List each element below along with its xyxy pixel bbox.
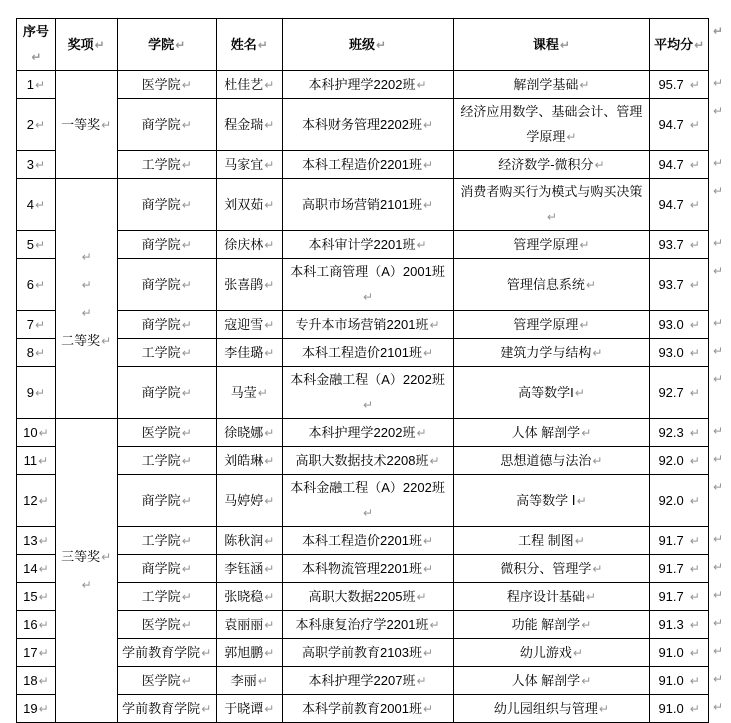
pilcrow-mark: ↵ <box>713 104 723 118</box>
course-cell-text: 经济应用数学、基础会计、管理学原理 <box>460 104 642 144</box>
pilcrow-mark: ↵ <box>429 454 439 468</box>
pilcrow-mark: ↵ <box>182 454 192 468</box>
class-cell-text: 本科护理学2202班 <box>309 77 416 92</box>
score-cell-text: 94.7 <box>658 197 683 212</box>
name-cell-text: 刘双茹 <box>224 197 263 212</box>
class-cell[interactable]: 高职大数据技术2208班↵ <box>282 447 453 475</box>
class-cell[interactable]: 本科物流管理2201班↵ <box>282 555 453 583</box>
pilcrow-mark: ↵ <box>264 238 274 252</box>
college-cell[interactable]: 商学院↵ <box>117 475 216 527</box>
pilcrow-mark: ↵ <box>416 238 426 252</box>
pilcrow-mark: ↵ <box>423 198 433 212</box>
course-cell[interactable]: 高等数学I↵ <box>453 367 650 419</box>
class-cell[interactable]: 本科护理学2202班↵ <box>282 419 453 447</box>
course-cell[interactable]: 解剖学基础↵ <box>453 71 650 99</box>
pilcrow-mark: ↵ <box>713 532 723 546</box>
score-cell-text: 93.0 <box>658 345 683 360</box>
score-cell-text: 91.7 <box>658 561 683 576</box>
row-end-mark-gutter: ↵ <box>709 311 731 339</box>
pilcrow-mark: ↵ <box>592 562 602 576</box>
award-paragraph: ↵ <box>59 271 114 299</box>
name-cell-text: 陈秋润 <box>224 533 263 548</box>
table-row: 6↵商学院↵张喜鹃↵本科工商管理（A）2001班↵管理信息系统↵93.7↵↵ <box>17 259 731 311</box>
class-cell[interactable]: 本科工程造价2101班↵ <box>282 339 453 367</box>
pilcrow-mark: ↵ <box>264 454 274 468</box>
name-cell[interactable]: 徐晓娜↵ <box>216 419 282 447</box>
class-cell-text: 专升本市场营销2201班 <box>296 317 429 332</box>
pilcrow-mark: ↵ <box>264 534 274 548</box>
name-cell[interactable]: 刘皓琳↵ <box>216 447 282 475</box>
college-cell[interactable]: 商学院↵ <box>117 367 216 419</box>
class-cell[interactable]: 本科护理学2202班↵ <box>282 71 453 99</box>
row-end-mark-gutter: ↵ <box>709 527 731 555</box>
row-end-mark-gutter: ↵ <box>709 475 731 527</box>
course-cell[interactable]: 人体 解剖学↵ <box>453 419 650 447</box>
course-cell-text: 管理信息系统 <box>507 277 585 292</box>
college-cell-text: 医学院 <box>142 425 181 440</box>
class-cell[interactable]: 本科工程造价2201班↵ <box>282 527 453 555</box>
pilcrow-mark: ↵ <box>690 426 700 440</box>
course-cell-text: 人体 解剖学 <box>512 425 581 440</box>
row-number-cell-text: 7 <box>27 317 34 332</box>
pilcrow-mark: ↵ <box>35 386 45 400</box>
pilcrow-mark: ↵ <box>423 562 433 576</box>
pilcrow-mark: ↵ <box>423 158 433 172</box>
name-cell[interactable]: 张喜鹃↵ <box>216 259 282 311</box>
header-score[interactable]: 平均分↵ <box>650 19 709 71</box>
name-cell-text: 程金瑞 <box>224 117 263 132</box>
college-cell[interactable]: 医学院↵ <box>117 71 216 99</box>
class-cell[interactable]: 本科财务管理2202班↵ <box>282 99 453 151</box>
pilcrow-mark: ↵ <box>713 452 723 466</box>
college-cell-text: 商学院 <box>142 493 181 508</box>
course-cell[interactable]: 管理信息系统↵ <box>453 259 650 311</box>
row-number-cell[interactable]: 15↵ <box>17 583 56 590</box>
pilcrow-mark: ↵ <box>713 424 723 438</box>
pilcrow-mark: ↵ <box>101 550 111 564</box>
pilcrow-mark: ↵ <box>547 210 557 224</box>
name-cell[interactable]: 陈秋润↵ <box>216 527 282 555</box>
row-number-cell[interactable]: 7↵ <box>17 311 56 339</box>
score-cell-text: 95.7 <box>658 77 683 92</box>
table-body: 1↵一等奖↵医学院↵杜佳艺↵本科护理学2202班↵解剖学基础↵95.7↵↵2↵商… <box>17 71 731 590</box>
college-cell-text: 工学院 <box>142 157 181 172</box>
pilcrow-mark: ↵ <box>416 78 426 92</box>
pilcrow-mark: ↵ <box>592 454 602 468</box>
pilcrow-mark: ↵ <box>579 318 589 332</box>
pilcrow-mark: ↵ <box>264 278 274 292</box>
pilcrow-mark: ↵ <box>713 184 723 198</box>
college-cell-text: 商学院 <box>142 277 181 292</box>
college-cell[interactable]: 工学院↵ <box>117 151 216 179</box>
table-row: 7↵商学院↵寇迎雪↵专升本市场营销2201班↵管理学原理↵93.0↵↵ <box>17 311 731 339</box>
row-end-mark-gutter: ↵ <box>709 259 731 311</box>
row-end-mark-gutter: ↵ <box>709 339 731 367</box>
pilcrow-mark: ↵ <box>258 386 268 400</box>
college-cell[interactable]: 工学院↵ <box>117 339 216 367</box>
row-end-mark-gutter: ↵ <box>709 447 731 475</box>
document-page: 序号↵ 奖项↵ 学院↵ 姓名↵ 班级↵ 课程↵ 平均分↵ ↵ 1↵一等奖↵医学院… <box>16 18 731 589</box>
score-cell-text: 94.7 <box>658 157 683 172</box>
pilcrow-mark: ↵ <box>264 318 274 332</box>
college-cell-text: 医学院 <box>142 77 181 92</box>
score-cell-text: 94.7 <box>658 117 683 132</box>
score-cell[interactable]: 93.7↵ <box>650 231 709 259</box>
course-cell[interactable]: 消费者购买行为模式与购买决策↵ <box>453 179 650 231</box>
score-cell-text: 92.3 <box>658 425 683 440</box>
college-cell[interactable]: 工学院↵ <box>117 583 216 590</box>
class-cell[interactable]: 高职大数据2205班↵ <box>282 583 453 590</box>
header-score-text: 平均分 <box>654 37 693 52</box>
pilcrow-mark: ↵ <box>713 236 723 250</box>
award-paragraph: 一等奖↵ <box>59 111 114 139</box>
row-end-mark-gutter: ↵ <box>709 19 731 71</box>
pilcrow-mark: ↵ <box>586 278 596 292</box>
score-cell-text: 93.7 <box>658 237 683 252</box>
pilcrow-mark: ↵ <box>694 38 704 52</box>
class-cell[interactable]: 本科工商管理（A）2001班↵ <box>282 259 453 311</box>
college-cell[interactable]: 商学院↵ <box>117 231 216 259</box>
pilcrow-mark: ↵ <box>690 118 700 132</box>
name-cell-text: 马家宜 <box>224 157 263 172</box>
score-cell[interactable]: 91.7↵ <box>650 555 709 583</box>
course-cell-text: 工程 制图 <box>518 533 574 548</box>
course-cell-text: 建筑力学与结构 <box>500 345 591 360</box>
pilcrow-mark: ↵ <box>182 278 192 292</box>
course-cell-text: 思想道德与法治 <box>500 453 591 468</box>
pilcrow-mark: ↵ <box>264 78 274 92</box>
name-cell-text: 马莹 <box>231 385 257 400</box>
class-cell[interactable]: 本科金融工程（A）2202班↵ <box>282 475 453 527</box>
row-number-cell-text: 14 <box>23 561 37 576</box>
row-number-cell[interactable]: 9↵ <box>17 367 56 419</box>
pilcrow-mark: ↵ <box>31 50 41 64</box>
pilcrow-mark: ↵ <box>182 238 192 252</box>
pilcrow-mark: ↵ <box>690 454 700 468</box>
award-label: 三等奖 <box>61 549 100 564</box>
college-cell[interactable]: 工学院↵ <box>117 447 216 475</box>
college-cell[interactable]: 医学院↵ <box>117 419 216 447</box>
course-cell[interactable]: 建筑力学与结构↵ <box>453 339 650 367</box>
pilcrow-mark: ↵ <box>713 316 723 330</box>
header-name-text: 姓名 <box>231 37 257 52</box>
college-cell-text: 商学院 <box>142 385 181 400</box>
pilcrow-mark: ↵ <box>575 534 585 548</box>
name-cell[interactable]: 马家宜↵ <box>216 151 282 179</box>
award-label: 一等奖 <box>61 117 100 132</box>
pilcrow-mark: ↵ <box>690 78 700 92</box>
pilcrow-mark: ↵ <box>264 118 274 132</box>
score-cell[interactable]: 92.0↵ <box>650 447 709 475</box>
score-cell[interactable]: 93.0↵ <box>650 311 709 339</box>
award-paragraph: 二等奖↵ <box>59 327 114 355</box>
pilcrow-mark: ↵ <box>577 494 587 508</box>
pilcrow-mark: ↵ <box>182 118 192 132</box>
pilcrow-mark: ↵ <box>182 158 192 172</box>
college-cell-text: 商学院 <box>142 197 181 212</box>
row-number-cell-text: 13 <box>23 533 37 548</box>
pilcrow-mark: ↵ <box>182 78 192 92</box>
pilcrow-mark: ↵ <box>39 494 49 508</box>
college-cell-text: 商学院 <box>142 117 181 132</box>
pilcrow-mark: ↵ <box>82 250 92 264</box>
header-course[interactable]: 课程↵ <box>453 19 650 71</box>
course-cell[interactable]: 管理学原理↵ <box>453 311 650 339</box>
pilcrow-mark: ↵ <box>182 386 192 400</box>
college-cell[interactable]: 商学院↵ <box>117 99 216 151</box>
pilcrow-mark: ↵ <box>713 344 723 358</box>
score-cell-text: 91.7 <box>658 533 683 548</box>
row-number-cell-text: 9 <box>27 385 34 400</box>
course-cell[interactable]: 经济数学-微积分↵ <box>453 151 650 179</box>
award-paragraph: ↵ <box>59 571 114 590</box>
score-cell[interactable]: 94.7↵ <box>650 179 709 231</box>
name-cell[interactable]: 刘双茹↵ <box>216 179 282 231</box>
pilcrow-mark: ↵ <box>264 426 274 440</box>
class-cell[interactable]: 本科金融工程（A）2202班↵ <box>282 367 453 419</box>
row-number-cell[interactable]: 13↵ <box>17 527 56 555</box>
pilcrow-mark: ↵ <box>566 130 576 144</box>
row-number-cell[interactable]: 2↵ <box>17 99 56 151</box>
college-cell-text: 商学院 <box>142 317 181 332</box>
pilcrow-mark: ↵ <box>690 534 700 548</box>
score-cell[interactable]: 93.7↵ <box>650 259 709 311</box>
row-end-mark-gutter: ↵ <box>709 231 731 259</box>
header-college[interactable]: 学院↵ <box>117 19 216 71</box>
name-cell[interactable]: 寇迎雪↵ <box>216 311 282 339</box>
course-cell-text: 经济数学-微积分 <box>498 157 593 172</box>
name-cell[interactable]: 李佳璐↵ <box>216 339 282 367</box>
name-cell-text: 马婷婷 <box>224 493 263 508</box>
name-cell[interactable]: 徐庆林↵ <box>216 231 282 259</box>
pilcrow-mark: ↵ <box>264 494 274 508</box>
course-cell-text: 管理学原理 <box>513 237 578 252</box>
name-cell[interactable]: 李钰涵↵ <box>216 555 282 583</box>
name-cell[interactable]: 马婷婷↵ <box>216 475 282 527</box>
name-cell-text: 杜佳艺 <box>224 77 263 92</box>
row-end-mark: ↵ <box>713 24 723 38</box>
row-end-mark-gutter: ↵ <box>709 555 731 583</box>
college-cell[interactable]: 商学院↵ <box>117 311 216 339</box>
pilcrow-mark: ↵ <box>182 494 192 508</box>
pilcrow-mark: ↵ <box>690 318 700 332</box>
row-number-cell-text: 4 <box>27 197 34 212</box>
name-cell[interactable]: 张晓稳↵ <box>216 583 282 590</box>
college-cell[interactable]: 工学院↵ <box>117 527 216 555</box>
pilcrow-mark: ↵ <box>35 278 45 292</box>
pilcrow-mark: ↵ <box>39 534 49 548</box>
pilcrow-mark: ↵ <box>82 306 92 320</box>
course-cell-text: 消费者购买行为模式与购买决策 <box>460 184 642 199</box>
header-class[interactable]: 班级↵ <box>282 19 453 71</box>
pilcrow-mark: ↵ <box>713 156 723 170</box>
row-number-cell-text: 3 <box>27 157 34 172</box>
score-cell[interactable]: 94.7↵ <box>650 151 709 179</box>
class-cell[interactable]: 高职市场营销2101班↵ <box>282 179 453 231</box>
row-number-cell[interactable]: 1↵ <box>17 71 56 99</box>
award-cell[interactable]: 一等奖↵ <box>55 71 117 179</box>
name-cell[interactable]: 杜佳艺↵ <box>216 71 282 99</box>
class-cell-text: 高职市场营销2101班 <box>302 197 422 212</box>
college-cell-text: 商学院 <box>142 561 181 576</box>
row-number-cell[interactable]: 12↵ <box>17 475 56 527</box>
course-cell[interactable]: 工程 制图↵ <box>453 527 650 555</box>
name-cell-text: 徐庆林 <box>224 237 263 252</box>
row-number-cell-text: 11 <box>24 453 38 468</box>
college-cell[interactable]: 商学院↵ <box>117 555 216 583</box>
pilcrow-mark: ↵ <box>182 426 192 440</box>
row-number-cell-text: 5 <box>27 237 34 252</box>
name-cell-text: 徐晓娜 <box>224 425 263 440</box>
header-no-text: 序号 <box>23 24 49 39</box>
pilcrow-mark: ↵ <box>690 494 700 508</box>
class-cell-text: 本科工程造价2201班 <box>302 157 422 172</box>
pilcrow-mark: ↵ <box>182 198 192 212</box>
table-row: 15↵工学院↵张晓稳↵高职大数据2205班↵程序设计基础↵91.7↵↵ <box>17 583 731 590</box>
pilcrow-mark: ↵ <box>35 118 45 132</box>
table-row: 1↵一等奖↵医学院↵杜佳艺↵本科护理学2202班↵解剖学基础↵95.7↵↵ <box>17 71 731 99</box>
row-number-cell[interactable]: 6↵ <box>17 259 56 311</box>
header-row: 序号↵ 奖项↵ 学院↵ 姓名↵ 班级↵ 课程↵ 平均分↵ ↵ <box>17 19 731 71</box>
pilcrow-mark: ↵ <box>264 158 274 172</box>
header-course-text: 课程 <box>533 37 559 52</box>
score-cell[interactable]: 94.7↵ <box>650 99 709 151</box>
header-name[interactable]: 姓名↵ <box>216 19 282 71</box>
class-cell-text: 本科护理学2202班 <box>309 425 416 440</box>
college-cell[interactable]: 商学院↵ <box>117 259 216 311</box>
name-cell-text: 李钰涵 <box>224 561 263 576</box>
name-cell-text: 寇迎雪 <box>224 317 263 332</box>
row-number-cell[interactable]: 8↵ <box>17 339 56 367</box>
header-class-text: 班级 <box>349 37 375 52</box>
row-number-cell[interactable]: 14↵ <box>17 555 56 583</box>
table-row: 11↵工学院↵刘皓琳↵高职大数据技术2208班↵思想道德与法治↵92.0↵↵ <box>17 447 731 475</box>
award-paragraph: ↵ <box>59 243 114 271</box>
award-cell[interactable]: ↵↵↵二等奖↵ <box>55 179 117 419</box>
pilcrow-mark: ↵ <box>423 534 433 548</box>
name-cell[interactable]: 程金瑞↵ <box>216 99 282 151</box>
pilcrow-mark: ↵ <box>264 562 274 576</box>
pilcrow-mark: ↵ <box>690 278 700 292</box>
pilcrow-mark: ↵ <box>39 426 49 440</box>
class-cell-text: 本科财务管理2202班 <box>302 117 422 132</box>
table-row: 2↵商学院↵程金瑞↵本科财务管理2202班↵经济应用数学、基础会计、管理学原理↵… <box>17 99 731 151</box>
course-cell[interactable]: 思想道德与法治↵ <box>453 447 650 475</box>
pilcrow-mark: ↵ <box>579 78 589 92</box>
class-cell[interactable]: 本科审计学2201班↵ <box>282 231 453 259</box>
pilcrow-mark: ↵ <box>575 386 585 400</box>
row-end-mark-gutter: ↵ <box>709 151 731 179</box>
pilcrow-mark: ↵ <box>416 426 426 440</box>
row-end-mark-gutter: ↵ <box>709 583 731 590</box>
table-row: 3↵工学院↵马家宜↵本科工程造价2201班↵经济数学-微积分↵94.7↵↵ <box>17 151 731 179</box>
name-cell[interactable]: 马莹↵ <box>216 367 282 419</box>
header-college-text: 学院 <box>148 37 174 52</box>
course-cell[interactable]: 高等数学 Ⅰ↵ <box>453 475 650 527</box>
row-number-cell[interactable]: 11↵ <box>17 447 56 475</box>
pilcrow-mark: ↵ <box>101 118 111 132</box>
class-cell[interactable]: 本科工程造价2201班↵ <box>282 151 453 179</box>
pilcrow-mark: ↵ <box>423 346 433 360</box>
pilcrow-mark: ↵ <box>363 506 373 520</box>
pilcrow-mark: ↵ <box>35 158 45 172</box>
pilcrow-mark: ↵ <box>713 480 723 494</box>
course-cell-text: 高等数学I <box>518 385 574 400</box>
score-cell[interactable]: 92.0↵ <box>650 475 709 527</box>
score-cell[interactable]: 91.7↵ <box>650 583 709 590</box>
class-cell[interactable]: 专升本市场营销2201班↵ <box>282 311 453 339</box>
course-cell[interactable]: 经济应用数学、基础会计、管理学原理↵ <box>453 99 650 151</box>
row-number-cell[interactable]: 5↵ <box>17 231 56 259</box>
pilcrow-mark: ↵ <box>101 334 111 348</box>
table-row: 9↵商学院↵马莹↵本科金融工程（A）2202班↵高等数学I↵92.7↵↵ <box>17 367 731 419</box>
pilcrow-mark: ↵ <box>182 562 192 576</box>
header-no[interactable]: 序号↵ <box>17 19 56 71</box>
course-cell-text: 高等数学 Ⅰ <box>516 493 575 508</box>
table-row: 12↵商学院↵马婷婷↵本科金融工程（A）2202班↵高等数学 Ⅰ↵92.0↵↵ <box>17 475 731 527</box>
course-cell[interactable]: 管理学原理↵ <box>453 231 650 259</box>
score-cell[interactable]: 91.7↵ <box>650 527 709 555</box>
college-cell[interactable]: 商学院↵ <box>117 179 216 231</box>
pilcrow-mark: ↵ <box>182 346 192 360</box>
pilcrow-mark: ↵ <box>35 346 45 360</box>
class-cell-text: 本科工程造价2201班 <box>302 533 422 548</box>
header-award[interactable]: 奖项↵ <box>55 19 117 71</box>
table-row: 13↵工学院↵陈秋润↵本科工程造价2201班↵工程 制图↵91.7↵↵ <box>17 527 731 555</box>
pilcrow-mark: ↵ <box>423 118 433 132</box>
score-cell-text: 92.0 <box>658 453 683 468</box>
pilcrow-mark: ↵ <box>690 238 700 252</box>
class-cell-text: 本科金融工程（A）2202班 <box>290 480 445 495</box>
name-cell-text: 李佳璐 <box>224 345 263 360</box>
course-cell[interactable]: 微积分、管理学↵ <box>453 555 650 583</box>
score-cell-text: 92.7 <box>658 385 683 400</box>
row-number-cell[interactable]: 3↵ <box>17 151 56 179</box>
award-paragraph: 三等奖↵ <box>59 543 114 571</box>
pilcrow-mark: ↵ <box>713 76 723 90</box>
pilcrow-mark: ↵ <box>182 318 192 332</box>
score-cell[interactable]: 92.7↵ <box>650 367 709 419</box>
pilcrow-mark: ↵ <box>560 38 570 52</box>
row-end-mark-gutter: ↵ <box>709 367 731 419</box>
award-cell[interactable]: 三等奖↵↵ <box>55 419 117 590</box>
score-cell[interactable]: 92.3↵ <box>650 419 709 447</box>
row-number-cell[interactable]: 10↵ <box>17 419 56 447</box>
pilcrow-mark: ↵ <box>182 534 192 548</box>
college-cell-text: 工学院 <box>142 453 181 468</box>
pilcrow-mark: ↵ <box>82 578 92 590</box>
pilcrow-mark: ↵ <box>35 78 45 92</box>
pilcrow-mark: ↵ <box>690 158 700 172</box>
score-cell-text: 92.0 <box>658 493 683 508</box>
pilcrow-mark: ↵ <box>690 386 700 400</box>
row-number-cell-text: 2 <box>27 117 34 132</box>
course-cell[interactable]: 程序设计基础↵ <box>453 583 650 590</box>
pilcrow-mark: ↵ <box>690 198 700 212</box>
header-award-text: 奖项 <box>68 37 94 52</box>
pilcrow-mark: ↵ <box>175 38 185 52</box>
row-end-mark-gutter: ↵ <box>709 71 731 99</box>
score-cell[interactable]: 93.0↵ <box>650 339 709 367</box>
pilcrow-mark: ↵ <box>429 318 439 332</box>
pilcrow-mark: ↵ <box>35 198 45 212</box>
score-cell[interactable]: 95.7↵ <box>650 71 709 99</box>
pilcrow-mark: ↵ <box>579 238 589 252</box>
pilcrow-mark: ↵ <box>363 398 373 412</box>
row-number-cell[interactable]: 4↵ <box>17 179 56 231</box>
table-row: 5↵商学院↵徐庆林↵本科审计学2201班↵管理学原理↵93.7↵↵ <box>17 231 731 259</box>
course-cell-text: 管理学原理 <box>513 317 578 332</box>
